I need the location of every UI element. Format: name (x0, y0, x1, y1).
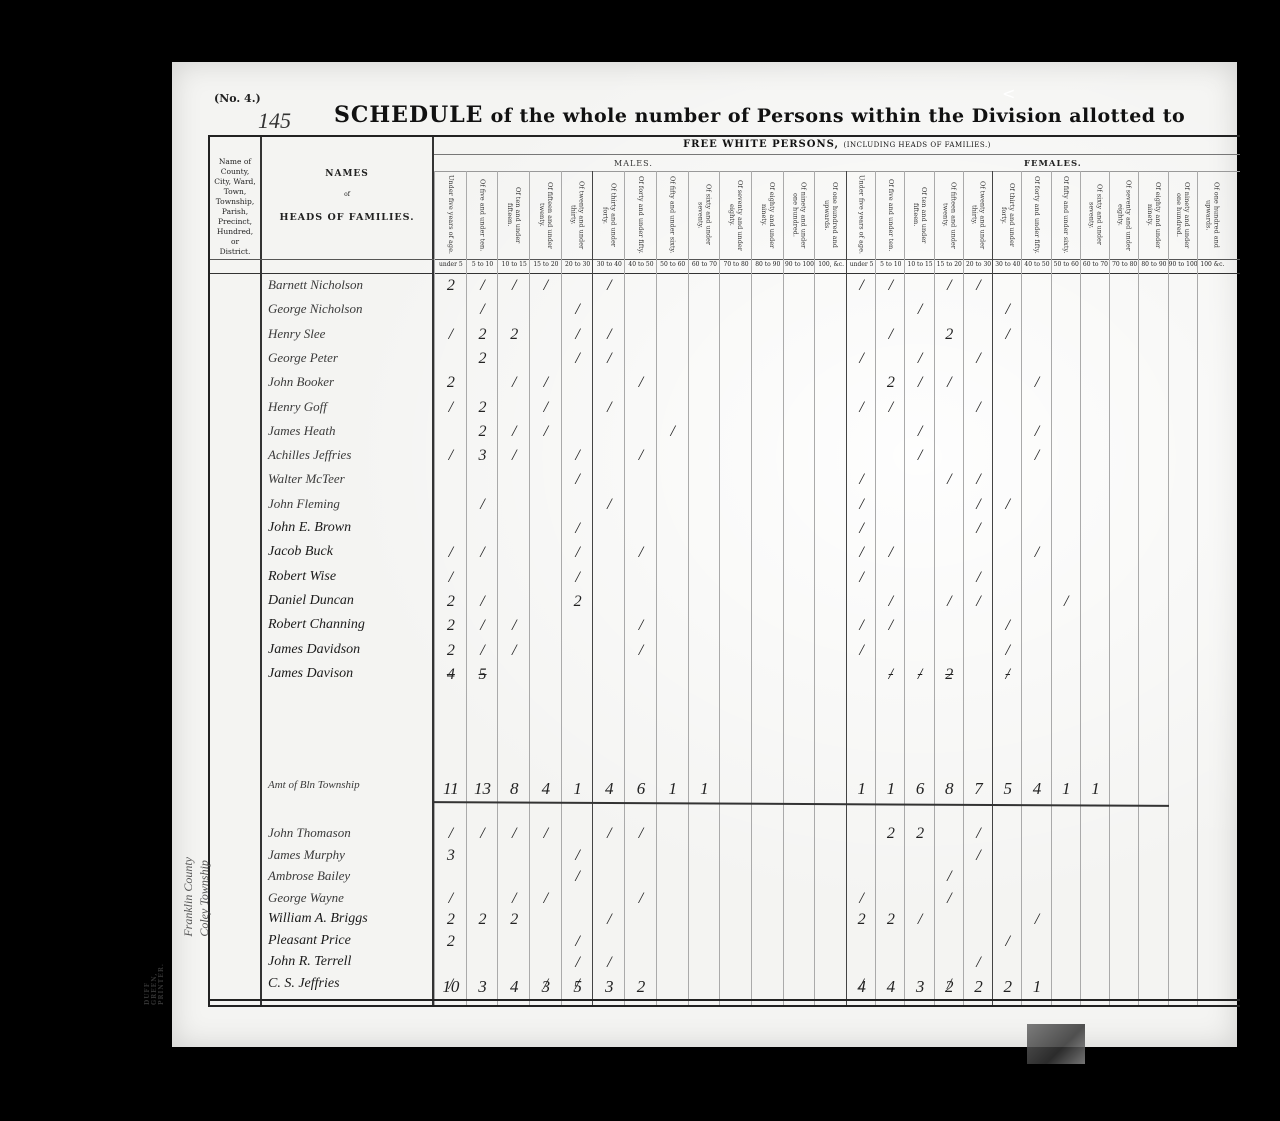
count-cell: 2 (467, 423, 499, 441)
age-range-label: 5 to 10 (876, 261, 905, 268)
count-cell: / (625, 825, 657, 843)
count-cell: / (1022, 544, 1051, 562)
column-description-text: Of fifteen and under twenty. (538, 175, 554, 255)
count-cell: / (435, 890, 467, 908)
age-range-label: 100 &c. (1198, 261, 1227, 268)
total-cell: 1 (657, 779, 689, 799)
count-cell: / (625, 447, 657, 465)
column-description-text: Of twenty and under thirty. (971, 175, 987, 255)
age-range-label: 50 to 60 (1052, 261, 1081, 268)
total-cell: 4 (498, 977, 530, 997)
count-cell: 2 (876, 374, 905, 392)
count-cell: / (847, 544, 876, 562)
margin-note: Franklin CountyColey Township (180, 857, 212, 937)
age-range-label: 80 to 90 (1139, 261, 1168, 268)
age-range-label: under 5 (847, 261, 876, 268)
head-of-family-name: George Peter (268, 350, 338, 366)
column-description-text: Of ten and under fifteen. (506, 175, 522, 255)
count-cell: / (498, 825, 530, 843)
age-range-label: 60 to 70 (689, 261, 721, 268)
male-age-column: Of five and under ten.5 to 10//22223////… (466, 171, 499, 1005)
count-cell: / (625, 544, 657, 562)
column-description-text: Of five and under ten. (887, 179, 895, 251)
count-cell: / (530, 277, 562, 295)
count-cell: 2 (847, 911, 876, 929)
count-cell: / (435, 825, 467, 843)
column-description: Of five and under ten. (876, 175, 905, 255)
count-cell: / (847, 350, 876, 368)
count-cell: / (562, 350, 594, 368)
total-cell: 13 (467, 779, 499, 799)
total-cell: 1 (1081, 779, 1110, 799)
column-description-text: Of thirty and under forty. (1000, 175, 1016, 255)
count-cell: / (964, 569, 993, 587)
count-cell: 2 (435, 593, 467, 611)
printer-imprint: DUFF GREEN, PRINTER. (144, 957, 165, 1005)
head-of-family-name: John R. Terrell (268, 954, 351, 970)
district-header-line: Parish, (210, 207, 260, 217)
count-cell: / (905, 447, 934, 465)
total-cell: 8 (498, 779, 530, 799)
subtotal-label: Amt of Bln Township (268, 779, 360, 791)
head-of-family-name: Pleasant Price (268, 933, 351, 949)
count-cell: 2 (935, 326, 964, 344)
count-cell: / (847, 890, 876, 908)
count-cell: / (964, 825, 993, 843)
page-title: SCHEDULE of the whole number of Persons … (334, 102, 1185, 128)
female-age-column: Of fifty and under sixty.50 to 60/1 (1051, 171, 1081, 1005)
females-label: FEMALES. (1024, 159, 1082, 169)
form-number: (No. 4.) (214, 92, 261, 105)
count-cell: / (847, 520, 876, 538)
column-description-text: Of fifty and under sixty. (1062, 176, 1070, 253)
count-grid: FREE WHITE PERSONS, (INCLUDING HEADS OF … (434, 137, 1240, 1005)
count-cell: / (625, 374, 657, 392)
head-of-family-name: Robert Channing (268, 617, 365, 633)
column-description-text: Of eighty and under ninety. (1146, 175, 1162, 255)
count-cell: / (593, 326, 625, 344)
district-header-line: District. (210, 247, 260, 257)
column-description: Of ninety and under one hundred. (784, 175, 816, 255)
total-cell: 5 (562, 977, 594, 997)
age-range-label: 100, &c. (815, 261, 847, 268)
count-cell: / (964, 520, 993, 538)
male-age-column: Of forty and under fifty.40 to 50/////6/… (624, 171, 657, 1005)
count-cell: 2 (467, 350, 499, 368)
count-cell: / (435, 326, 467, 344)
count-cell: / (993, 326, 1022, 344)
count-cell: / (467, 544, 499, 562)
head-of-family-name: John Booker (268, 374, 334, 390)
count-cell: / (935, 471, 964, 489)
total-cell: 3 (905, 977, 934, 997)
age-range-label: 20 to 30 (964, 261, 993, 268)
count-cell: / (625, 617, 657, 635)
female-age-column: Of ninety and under one hundred.90 to 10… (1168, 171, 1198, 1005)
district-header-line: Township, (210, 197, 260, 207)
column-description-text: Of forty and under fifty. (637, 176, 645, 254)
count-cell: / (435, 569, 467, 587)
head-of-family-name: Henry Goff (268, 399, 327, 415)
count-cell: / (993, 933, 1022, 951)
total-cell: 6 (905, 779, 934, 799)
column-description: Of fifty and under sixty. (1052, 175, 1081, 255)
count-cell: / (562, 868, 594, 886)
count-cell: / (498, 617, 530, 635)
count-cell: / (993, 642, 1022, 660)
count-cell: / (467, 642, 499, 660)
male-age-column: Of ninety and under one hundred.90 to 10… (783, 171, 816, 1005)
head-of-family-name: William A. Briggs (268, 911, 368, 927)
total-cell: 1 (1022, 977, 1051, 997)
male-age-column: Of thirty and under forty.30 to 40/////4… (592, 171, 625, 1005)
count-cell: / (467, 593, 499, 611)
count-cell: / (498, 447, 530, 465)
column-description: Of eighty and under ninety. (1139, 175, 1168, 255)
count-cell: 2 (467, 399, 499, 417)
count-cell: 4 (435, 666, 467, 684)
count-cell: / (847, 277, 876, 295)
count-cell: 2 (467, 326, 499, 344)
column-description: Of sixty and under seventy. (689, 175, 721, 255)
column-description: Of thirty and under forty. (593, 175, 625, 255)
total-cell: 10 (435, 977, 467, 997)
count-cell: / (562, 544, 594, 562)
count-cell: / (993, 617, 1022, 635)
names-column: NAMES of HEADS OF FAMILIES. Barnett Nich… (262, 137, 434, 1005)
names-header-line2: of (262, 191, 432, 198)
district-header-line: Hundred, (210, 227, 260, 237)
count-cell: / (562, 447, 594, 465)
head-of-family-name: Walter McTeer (268, 471, 345, 487)
column-description-text: Of one hundred and upwards. (1204, 175, 1220, 255)
count-cell: / (935, 890, 964, 908)
male-age-column: Of one hundred and upwards.100, &c. (814, 171, 847, 1005)
count-cell: 2 (876, 911, 905, 929)
column-description-text: Of ten and under fifteen. (912, 175, 928, 255)
schedule-table: Name ofCounty,City, Ward,Town,Township,P… (208, 135, 1240, 1007)
count-cell: / (905, 911, 934, 929)
total-cell: 4 (847, 977, 876, 997)
age-range-label: 10 to 15 (905, 261, 934, 268)
column-description-text: Under five years of age. (858, 175, 866, 254)
count-cell: 2 (467, 911, 499, 929)
male-age-column: Of eighty and under ninety.80 to 90 (751, 171, 784, 1005)
count-cell: / (847, 471, 876, 489)
count-cell: / (498, 277, 530, 295)
age-range-label: 40 to 50 (1022, 261, 1051, 268)
total-cell: 2 (993, 977, 1022, 997)
count-cell: / (935, 374, 964, 392)
district-header-line: or (210, 237, 260, 247)
count-cell: 2 (876, 825, 905, 843)
column-description-text: Under five years of age. (447, 175, 455, 254)
column-description: Of five and under ten. (467, 175, 499, 255)
count-cell: 2 (435, 374, 467, 392)
age-range-label: 80 to 90 (752, 261, 784, 268)
male-age-column: Of fifty and under sixty.50 to 60/1 (656, 171, 689, 1005)
library-stamp (1027, 1024, 1085, 1064)
district-header: Name ofCounty,City, Ward,Town,Township,P… (210, 157, 260, 257)
count-cell: / (905, 666, 934, 684)
column-description: Of fifteen and under twenty. (530, 175, 562, 255)
count-cell: / (935, 868, 964, 886)
count-cell: 2 (435, 642, 467, 660)
page-number: 145 (258, 108, 291, 134)
female-age-column: Of forty and under fifty.40 to 50////4/1 (1021, 171, 1051, 1005)
count-cell: / (593, 954, 625, 972)
column-description: Of seventy and under eighty. (1110, 175, 1139, 255)
male-age-column: Of fifteen and under twenty.15 to 20////… (529, 171, 562, 1005)
male-age-column: Under five years of age.under 52/2////22… (434, 171, 467, 1005)
count-cell: / (1022, 423, 1051, 441)
count-cell: / (562, 471, 594, 489)
male-age-column: Of sixty and under seventy.60 to 701 (688, 171, 721, 1005)
head-of-family-name: C. S. Jeffries (268, 976, 340, 992)
count-cell: / (876, 666, 905, 684)
count-cell: 3 (435, 847, 467, 865)
column-description: Under five years of age. (847, 175, 876, 255)
total-cell: 1 (876, 779, 905, 799)
count-cell: / (876, 544, 905, 562)
age-range-label: 5 to 10 (467, 261, 499, 268)
count-cell: / (467, 825, 499, 843)
group-header: FREE WHITE PERSONS, (683, 139, 839, 150)
count-cell: / (905, 350, 934, 368)
female-age-column: Under five years of age.under 5/////////… (846, 171, 876, 1005)
total-cell: 8 (935, 779, 964, 799)
head-of-family-name: Ambrose Bailey (268, 868, 350, 884)
count-cell: / (964, 593, 993, 611)
column-description: Of forty and under fifty. (1022, 175, 1051, 255)
count-cell: / (964, 399, 993, 417)
count-cell: / (593, 911, 625, 929)
count-cell: / (625, 642, 657, 660)
column-description: Of fifty and under sixty. (657, 175, 689, 255)
count-cell: / (847, 569, 876, 587)
count-cell: / (593, 277, 625, 295)
total-cell: 3 (593, 977, 625, 997)
head-of-family-name: John Fleming (268, 496, 340, 512)
column-description-text: Of seventy and under eighty. (1117, 175, 1133, 255)
column-description-text: Of sixty and under seventy. (1087, 175, 1103, 255)
column-description-text: Of fifteen and under twenty. (941, 175, 957, 255)
column-description: Of one hundred and upwards. (815, 175, 847, 255)
names-header-line3: HEADS OF FAMILIES. (262, 212, 432, 223)
count-cell: / (498, 423, 530, 441)
total-cell: 4 (1022, 779, 1051, 799)
age-range-label: 60 to 70 (1081, 261, 1110, 268)
count-cell: / (905, 374, 934, 392)
age-range-label: 30 to 40 (593, 261, 625, 268)
count-cell: / (467, 496, 499, 514)
total-rule (210, 999, 1240, 1001)
column-description: Under five years of age. (435, 175, 467, 255)
free-white-persons-header: FREE WHITE PERSONS, (INCLUDING HEADS OF … (434, 139, 1240, 150)
count-cell: 2 (562, 593, 594, 611)
column-description: Of thirty and under forty. (993, 175, 1022, 255)
count-cell: / (562, 954, 594, 972)
age-range-label: 70 to 80 (1110, 261, 1139, 268)
column-description-text: Of ninety and under one hundred. (1175, 175, 1191, 255)
total-cell: 2 (935, 977, 964, 997)
column-description-text: Of fifty and under sixty. (669, 176, 677, 253)
count-cell: / (625, 890, 657, 908)
district-column: Name ofCounty,City, Ward,Town,Township,P… (210, 137, 262, 1005)
column-description: Of ten and under fifteen. (905, 175, 934, 255)
count-cell: / (467, 277, 499, 295)
census-page: (No. 4.) 145 SCHEDULE of the whole numbe… (172, 62, 1237, 1047)
count-cell: / (593, 825, 625, 843)
female-age-column: Of one hundred and upwards.100 &c. (1197, 171, 1227, 1005)
count-cell: / (435, 544, 467, 562)
district-header-line: Name of (210, 157, 260, 167)
count-cell: / (593, 350, 625, 368)
count-cell: / (467, 301, 499, 319)
age-range-label: under 5 (435, 261, 467, 268)
column-description: Of eighty and under ninety. (752, 175, 784, 255)
head-of-family-name: James Murphy (268, 847, 345, 863)
count-cell: / (593, 496, 625, 514)
count-cell: / (562, 847, 594, 865)
column-description-text: Of five and under ten. (479, 179, 487, 251)
count-cell: 2 (905, 825, 934, 843)
male-age-column: Of twenty and under thirty.20 to 30/////… (561, 171, 594, 1005)
total-cell: 5 (993, 779, 1022, 799)
count-cell: / (1022, 447, 1051, 465)
head-of-family-name: John Thomason (268, 825, 351, 841)
age-range-label: 90 to 100 (784, 261, 816, 268)
total-cell: 1 (847, 779, 876, 799)
district-header-line: Precinct, (210, 217, 260, 227)
head-of-family-name: George Wayne (268, 890, 344, 906)
age-range-label: 70 to 80 (720, 261, 752, 268)
count-cell: / (498, 890, 530, 908)
column-description-text: Of eighty and under ninety. (760, 175, 776, 255)
count-cell: / (562, 520, 594, 538)
female-age-column: Of eighty and under ninety.80 to 90 (1138, 171, 1168, 1005)
age-range-label: 50 to 60 (657, 261, 689, 268)
count-cell: / (530, 399, 562, 417)
count-cell: / (498, 374, 530, 392)
female-age-column: Of twenty and under thirty.20 to 30/////… (963, 171, 993, 1005)
count-cell: / (964, 277, 993, 295)
total-cell: 3 (467, 977, 499, 997)
count-cell: / (847, 617, 876, 635)
corner-mark: < (1002, 84, 1015, 103)
count-cell: / (876, 399, 905, 417)
count-cell: 2 (435, 617, 467, 635)
district-header-line: City, Ward, (210, 177, 260, 187)
count-cell: / (876, 277, 905, 295)
count-cell: / (1052, 593, 1081, 611)
female-age-column: Of thirty and under forty.30 to 40//////… (992, 171, 1022, 1005)
margin-note-line: Franklin County (180, 857, 196, 937)
names-header: NAMES of HEADS OF FAMILIES. (262, 169, 432, 223)
total-cell: 4 (530, 779, 562, 799)
names-header-line1: NAMES (262, 169, 432, 179)
count-cell: / (562, 569, 594, 587)
count-cell: 2 (435, 911, 467, 929)
count-cell: / (562, 326, 594, 344)
group-divider (434, 154, 1240, 155)
age-range-label: 15 to 20 (530, 261, 562, 268)
count-cell: / (935, 277, 964, 295)
column-description: Of fifteen and under twenty. (935, 175, 964, 255)
count-cell: / (935, 593, 964, 611)
female-age-column: Of sixty and under seventy.60 to 701 (1080, 171, 1110, 1005)
count-cell: / (562, 933, 594, 951)
count-cell: / (530, 374, 562, 392)
count-cell: / (498, 642, 530, 660)
head-of-family-name: James Heath (268, 423, 336, 439)
count-cell: / (435, 447, 467, 465)
count-cell: / (593, 399, 625, 417)
count-cell: 2 (935, 666, 964, 684)
count-cell: / (876, 617, 905, 635)
head-of-family-name: Henry Slee (268, 326, 325, 342)
males-label: MALES. (614, 159, 653, 168)
total-cell: 4 (876, 977, 905, 997)
count-cell: / (530, 890, 562, 908)
male-age-column: Of seventy and under eighty.70 to 80 (719, 171, 752, 1005)
total-cell: 1 (689, 779, 721, 799)
head-of-family-name: Robert Wise (268, 569, 336, 585)
head-of-family-name: George Nicholson (268, 301, 362, 317)
count-cell: / (530, 825, 562, 843)
column-description-text: Of seventy and under eighty. (728, 175, 744, 255)
group-subheader: (INCLUDING HEADS OF FAMILIES.) (843, 141, 990, 149)
count-cell: / (905, 423, 934, 441)
title-rest: of the whole number of Persons within th… (491, 105, 1186, 127)
female-age-column: Of fifteen and under twenty.15 to 20/2//… (934, 171, 964, 1005)
column-description-text: Of one hundred and upwards. (823, 175, 839, 255)
count-cell: / (964, 350, 993, 368)
total-cell: 1 (562, 779, 594, 799)
count-cell: 3 (467, 447, 499, 465)
count-cell: / (993, 666, 1022, 684)
column-description: Of sixty and under seventy. (1081, 175, 1110, 255)
count-cell: / (964, 847, 993, 865)
column-description-text: Of sixty and under seventy. (696, 175, 712, 255)
total-cell: 2 (625, 977, 657, 997)
total-cell: 11 (435, 779, 467, 799)
count-cell: / (876, 326, 905, 344)
column-description-text: Of forty and under fifty. (1033, 176, 1041, 254)
total-cell: 7 (964, 779, 993, 799)
count-cell: / (847, 642, 876, 660)
count-cell: 5 (467, 666, 499, 684)
count-cell: / (562, 301, 594, 319)
age-range-label: 40 to 50 (625, 261, 657, 268)
column-description: Of twenty and under thirty. (964, 175, 993, 255)
count-cell: / (1022, 911, 1051, 929)
count-cell: / (467, 617, 499, 635)
district-header-line: Town, (210, 187, 260, 197)
column-description: Of ninety and under one hundred. (1169, 175, 1198, 255)
count-cell: / (435, 399, 467, 417)
age-range-label: 90 to 100 (1169, 261, 1198, 268)
female-age-column: Of five and under ten.5 to 10//2/////122… (875, 171, 905, 1005)
male-age-column: Of ten and under fifteen.10 to 15/2/////… (497, 171, 530, 1005)
total-cell: 3 (530, 977, 562, 997)
column-description: Of ten and under fifteen. (498, 175, 530, 255)
column-description-text: Of thirty and under forty. (601, 175, 617, 255)
count-cell: / (530, 423, 562, 441)
head-of-family-name: John E. Brown (268, 520, 351, 536)
female-age-column: Of seventy and under eighty.70 to 80 (1109, 171, 1139, 1005)
count-cell: / (876, 593, 905, 611)
